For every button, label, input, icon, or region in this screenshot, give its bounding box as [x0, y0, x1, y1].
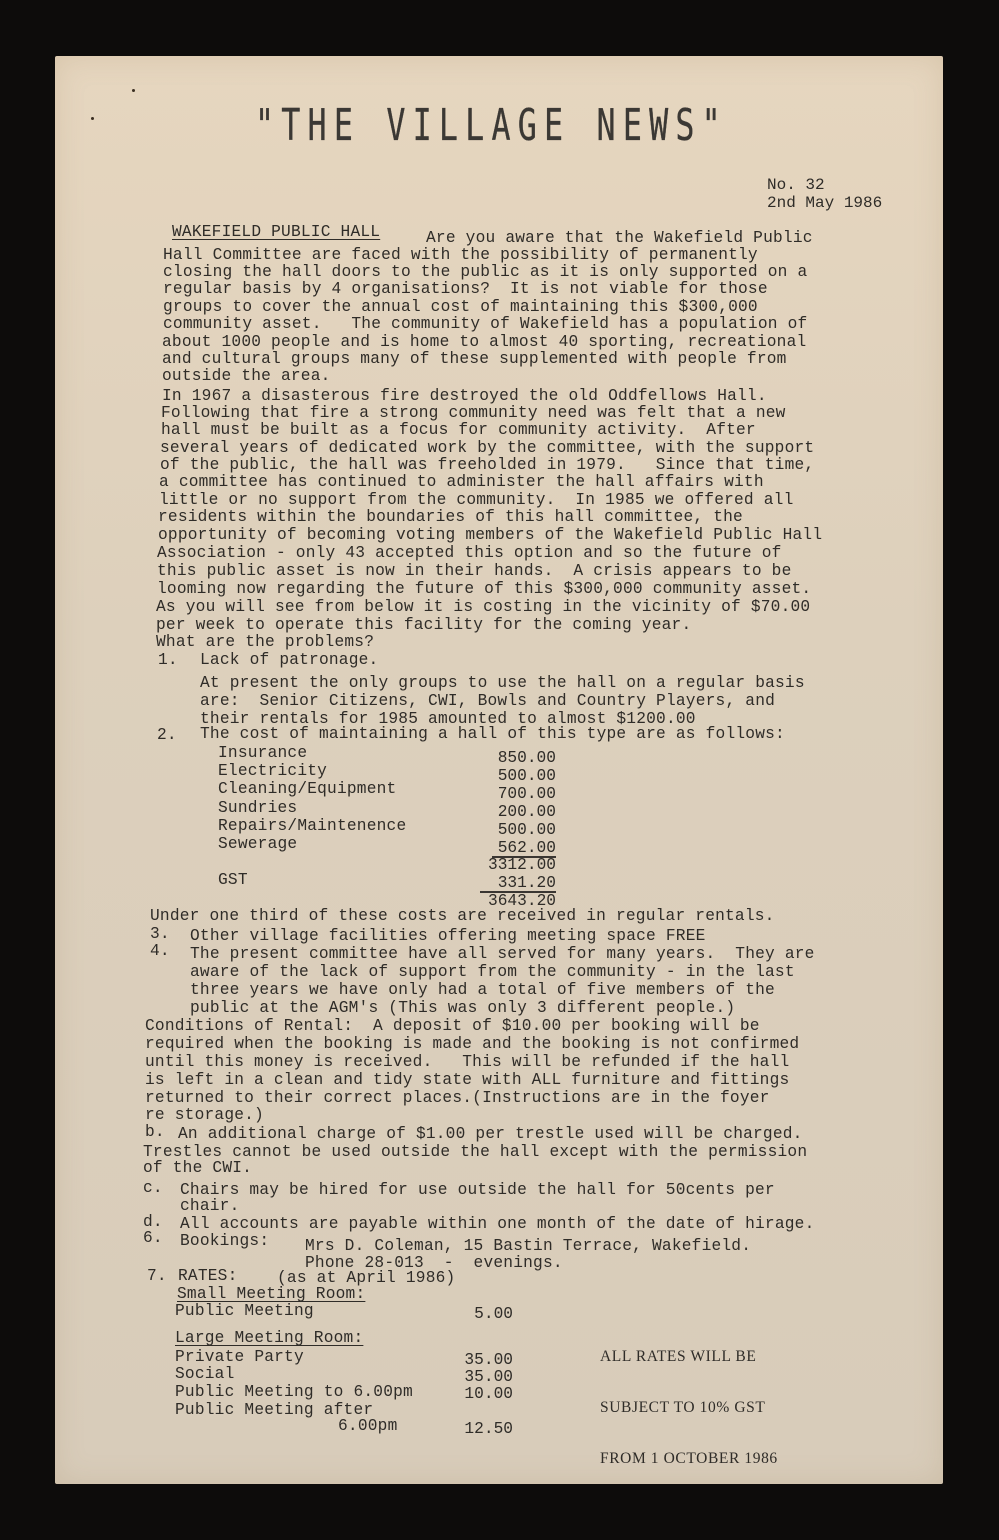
body-line: several years of dedicated work by the c…: [160, 440, 814, 457]
body-line: regular basis by 4 organisations? It is …: [163, 281, 768, 298]
body-line: about 1000 people and is home to almost …: [162, 334, 806, 351]
list-number: 7.: [147, 1268, 167, 1285]
body-line: The present committee have all served fo…: [190, 946, 815, 963]
list-number: 6.: [143, 1230, 163, 1247]
body-line: At present the only groups to use the ha…: [200, 675, 805, 692]
body-line: per week to operate this facility for th…: [156, 617, 691, 634]
list-number: 2.: [157, 727, 177, 744]
body-line: this public asset is now in their hands.…: [157, 563, 792, 580]
cost-amount: 850.00: [458, 750, 556, 767]
body-line: hall must be built as a focus for commun…: [161, 422, 756, 439]
rate-price: 10.00: [420, 1386, 513, 1403]
body-line: chair.: [180, 1198, 240, 1215]
newsletter-title: "THE VILLAGE NEWS": [255, 100, 728, 151]
body-line: Other village facilities offering meetin…: [190, 928, 706, 945]
cost-amount: 500.00: [458, 768, 556, 785]
large-room-heading: Large Meeting Room:: [175, 1330, 363, 1347]
body-line: little or no support from the community.…: [159, 492, 794, 509]
body-line: is left in a clean and tidy state with A…: [145, 1072, 789, 1089]
gst-label: GST: [218, 872, 248, 889]
body-line: All accounts are payable within one mont…: [180, 1216, 815, 1233]
body-line: returned to their correct places.(Instru…: [145, 1090, 770, 1107]
paper-speck: [91, 117, 94, 120]
body-line: As you will see from below it is costing…: [156, 599, 810, 616]
body-line: Are you aware that the Wakefield Public: [426, 230, 813, 247]
rate-label: Public Meeting: [175, 1303, 314, 1320]
body-line: of the public, the hall was freeholded i…: [160, 457, 814, 474]
body-line: groups to cover the annual cost of maint…: [163, 299, 758, 316]
body-line: In 1967 a disasterous fire destroyed the…: [162, 388, 767, 405]
list-number: 3.: [150, 926, 170, 943]
list-letter: c.: [143, 1180, 163, 1197]
cost-item: Repairs/Maintenence: [218, 818, 406, 835]
body-line: Hall Committee are faced with the possib…: [163, 247, 758, 264]
rate-price: 5.00: [420, 1306, 513, 1323]
issue-number: No. 32: [767, 176, 882, 194]
cost-item: Insurance: [218, 745, 307, 762]
body-line: Conditions of Rental: A deposit of $10.0…: [145, 1018, 760, 1035]
cost-item: Sewerage: [218, 836, 297, 853]
rate-price: 12.50: [420, 1421, 513, 1438]
body-line: a committee has continued to administer …: [159, 474, 764, 491]
rate-label: Public Meeting to 6.00pm: [175, 1384, 413, 1401]
body-line: of the CWI.: [143, 1160, 252, 1177]
cost-amount: 700.00: [458, 786, 556, 803]
body-line: opportunity of becoming voting members o…: [158, 527, 822, 544]
problem-title: Lack of patronage.: [200, 652, 378, 669]
small-room-heading: Small Meeting Room:: [177, 1286, 365, 1303]
body-line: public at the AGM's (This was only 3 dif…: [190, 1000, 735, 1017]
body-line: three years we have only had a total of …: [190, 982, 775, 999]
body-line: outside the area.: [162, 368, 331, 385]
cost-item: Sundries: [218, 800, 297, 817]
list-letter: b.: [145, 1124, 165, 1141]
paper-speck: [132, 89, 135, 92]
body-line: aware of the lack of support from the co…: [190, 964, 795, 981]
body-line: residents within the boundaries of this …: [158, 509, 743, 526]
notice-line: FROM 1 OCTOBER 1986: [600, 1450, 778, 1467]
body-line: looming now regarding the future of this…: [157, 581, 811, 598]
rate-label-continued: 6.00pm: [338, 1418, 398, 1435]
cost-amount: 500.00: [458, 822, 556, 839]
list-number: 4.: [150, 943, 170, 960]
body-line: community asset. The community of Wakefi…: [163, 316, 807, 333]
body-line: Chairs may be hired for use outside the …: [180, 1182, 775, 1199]
rate-price: 35.00: [420, 1352, 513, 1369]
issue-info: No. 32 2nd May 1986: [767, 176, 882, 212]
notice-line: SUBJECT TO 10% GST: [600, 1399, 778, 1416]
body-line: and cultural groups many of these supple…: [162, 351, 787, 368]
issue-date: 2nd May 1986: [767, 194, 882, 212]
gst-amount: 331.20: [458, 875, 556, 892]
notice-line: ALL RATES WILL BE: [600, 1348, 778, 1365]
bookings-label: Bookings:: [180, 1233, 269, 1250]
body-line: What are the problems?: [156, 634, 374, 651]
cost-item: Cleaning/Equipment: [218, 781, 396, 798]
rate-label: Private Party: [175, 1349, 304, 1366]
body-line: re storage.): [145, 1107, 264, 1124]
rate-price: 35.00: [420, 1369, 513, 1386]
body-line: Following that fire a strong community n…: [161, 405, 786, 422]
body-line: until this money is received. This will …: [145, 1054, 789, 1071]
body-line: required when the booking is made and th…: [145, 1036, 799, 1053]
cost-subtotal: 3312.00: [458, 857, 556, 874]
gst-notice: ALL RATES WILL BE SUBJECT TO 10% GST FRO…: [600, 1314, 778, 1484]
body-line: Association - only 43 accepted this opti…: [157, 545, 782, 562]
cost-amount: 200.00: [458, 804, 556, 821]
rate-label: Social: [175, 1366, 235, 1383]
body-line: are: Senior Citizens, CWI, Bowls and Cou…: [200, 693, 775, 710]
list-number: 1.: [158, 652, 178, 669]
body-line: Under one third of these costs are recei…: [150, 908, 775, 925]
cost-amount: 562.00: [458, 840, 556, 857]
bookings-contact: Mrs D. Coleman, 15 Bastin Terrace, Wakef…: [305, 1238, 751, 1255]
cost-item: Electricity: [218, 763, 327, 780]
rates-heading: RATES:: [178, 1268, 238, 1285]
body-line: An additional charge of $1.00 per trestl…: [178, 1126, 803, 1143]
problem-title: The cost of maintaining a hall of this t…: [200, 726, 785, 743]
section-heading: WAKEFIELD PUBLIC HALL: [172, 224, 380, 241]
body-line: closing the hall doors to the public as …: [163, 264, 807, 281]
